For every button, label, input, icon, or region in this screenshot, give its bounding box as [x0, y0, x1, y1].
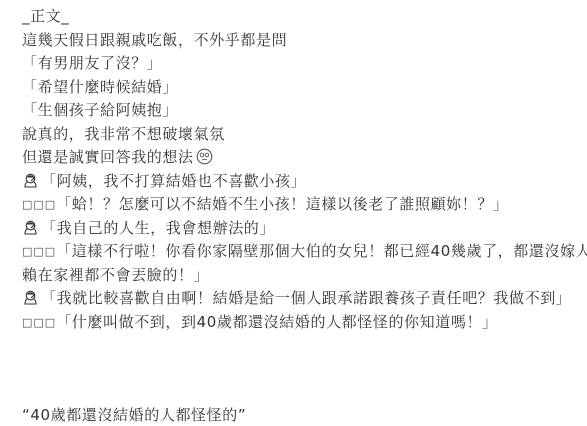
- section-heading: _正文_: [22, 5, 582, 29]
- paragraph-line: 「有男朋友了沒？」: [22, 52, 582, 76]
- article-body: _正文_ 這幾天假日跟親戚吃飯，不外乎都是問 「有男朋友了沒？」 「希望什麼時候…: [22, 5, 582, 426]
- paragraph-text: 但還是誠實回答我的想法: [22, 148, 194, 166]
- dialogue-line: □□□「什麼叫做不到，到40歲都還沒結婚的人都怪怪的你知道嗎！」: [22, 311, 582, 335]
- paragraph-line: 但還是誠實回答我的想法: [22, 146, 582, 170]
- dialogue-line: 「我就比較喜歡自由啊！結婚是給一個人跟承諾跟養孩子責任吧？我做不到」: [22, 287, 582, 311]
- dialogue-text: 「這樣不行啦！你看你家隔壁那個大伯的女兒！都已經40幾歲了，都還沒嫁人！: [56, 242, 587, 260]
- dialogue-text: 「阿姨，我不打算結婚也不喜歡小孩」: [41, 172, 306, 190]
- confused-face-icon: [196, 148, 213, 165]
- blank-space: [22, 381, 582, 404]
- dialogue-line: □□□「蛤！？怎麼可以不結婚不生小孩！這樣以後老了誰照顧妳！？」: [22, 193, 582, 217]
- dialogue-line: □□□「這樣不行啦！你看你家隔壁那個大伯的女兒！都已經40幾歲了，都還沒嫁人！: [22, 240, 582, 264]
- girl-facepalm-icon: [22, 219, 39, 236]
- pull-quote: “40歲都還沒結婚的人都怪怪的”: [22, 404, 582, 426]
- missing-glyph-placeholder: □□□: [22, 240, 56, 264]
- paragraph-line: 說真的，我非常不想破壞氣氛: [22, 123, 582, 147]
- girl-facepalm-icon: [22, 172, 39, 189]
- dialogue-text: 「什麼叫做不到，到40歲都還沒結婚的人都怪怪的你知道嗎！」: [56, 313, 498, 331]
- dialogue-text: 「我就比較喜歡自由啊！結婚是給一個人跟承諾跟養孩子責任吧？我做不到」: [41, 289, 571, 307]
- dialogue-continuation: 賴在家裡都不會丟臉的！」: [22, 264, 582, 288]
- paragraph-line: 「生個孩子給阿姨抱」: [22, 99, 582, 123]
- paragraph-line: 這幾天假日跟親戚吃飯，不外乎都是問: [22, 29, 582, 53]
- dialogue-line: 「我自己的人生，我會想辦法的」: [22, 217, 582, 241]
- girl-facepalm-icon: [22, 289, 39, 306]
- paragraph-line: 「希望什麼時候結婚」: [22, 76, 582, 100]
- dialogue-text: 「我自己的人生，我會想辦法的」: [41, 219, 275, 237]
- missing-glyph-placeholder: □□□: [22, 193, 56, 217]
- dialogue-text: 「蛤！？怎麼可以不結婚不生小孩！這樣以後老了誰照顧妳！？」: [56, 195, 508, 213]
- blank-space: [22, 334, 582, 381]
- missing-glyph-placeholder: □□□: [22, 311, 56, 335]
- dialogue-line: 「阿姨，我不打算結婚也不喜歡小孩」: [22, 170, 582, 194]
